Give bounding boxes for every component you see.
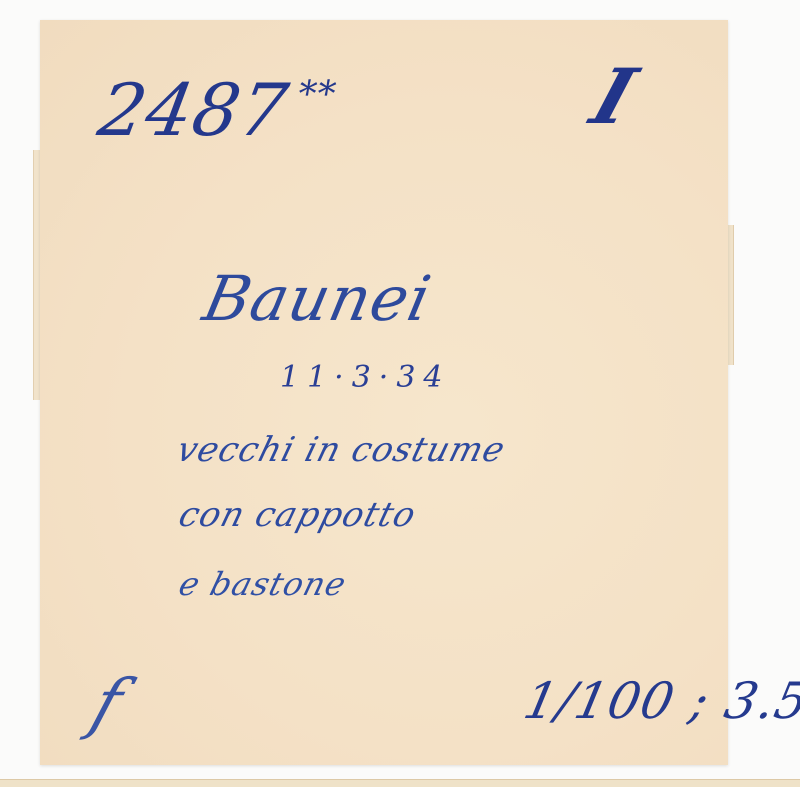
catalog-star-marks: ** [294, 74, 339, 115]
description-line-2: con cappotto [175, 495, 421, 535]
place-name: Baunei [197, 262, 437, 335]
exposure-note: 1/100 ; 3.5 [519, 672, 800, 730]
catalog-number-value: 2487 [93, 68, 295, 152]
description-line-3: e bastone [175, 565, 351, 603]
description-line-1: vecchi in costume [173, 430, 510, 470]
date: 11·3·34 [280, 360, 451, 395]
catalog-number: 2487** [93, 68, 341, 152]
underlying-sheet-bottom-edge [0, 779, 800, 787]
underlying-sheet-right-edge [727, 225, 734, 365]
